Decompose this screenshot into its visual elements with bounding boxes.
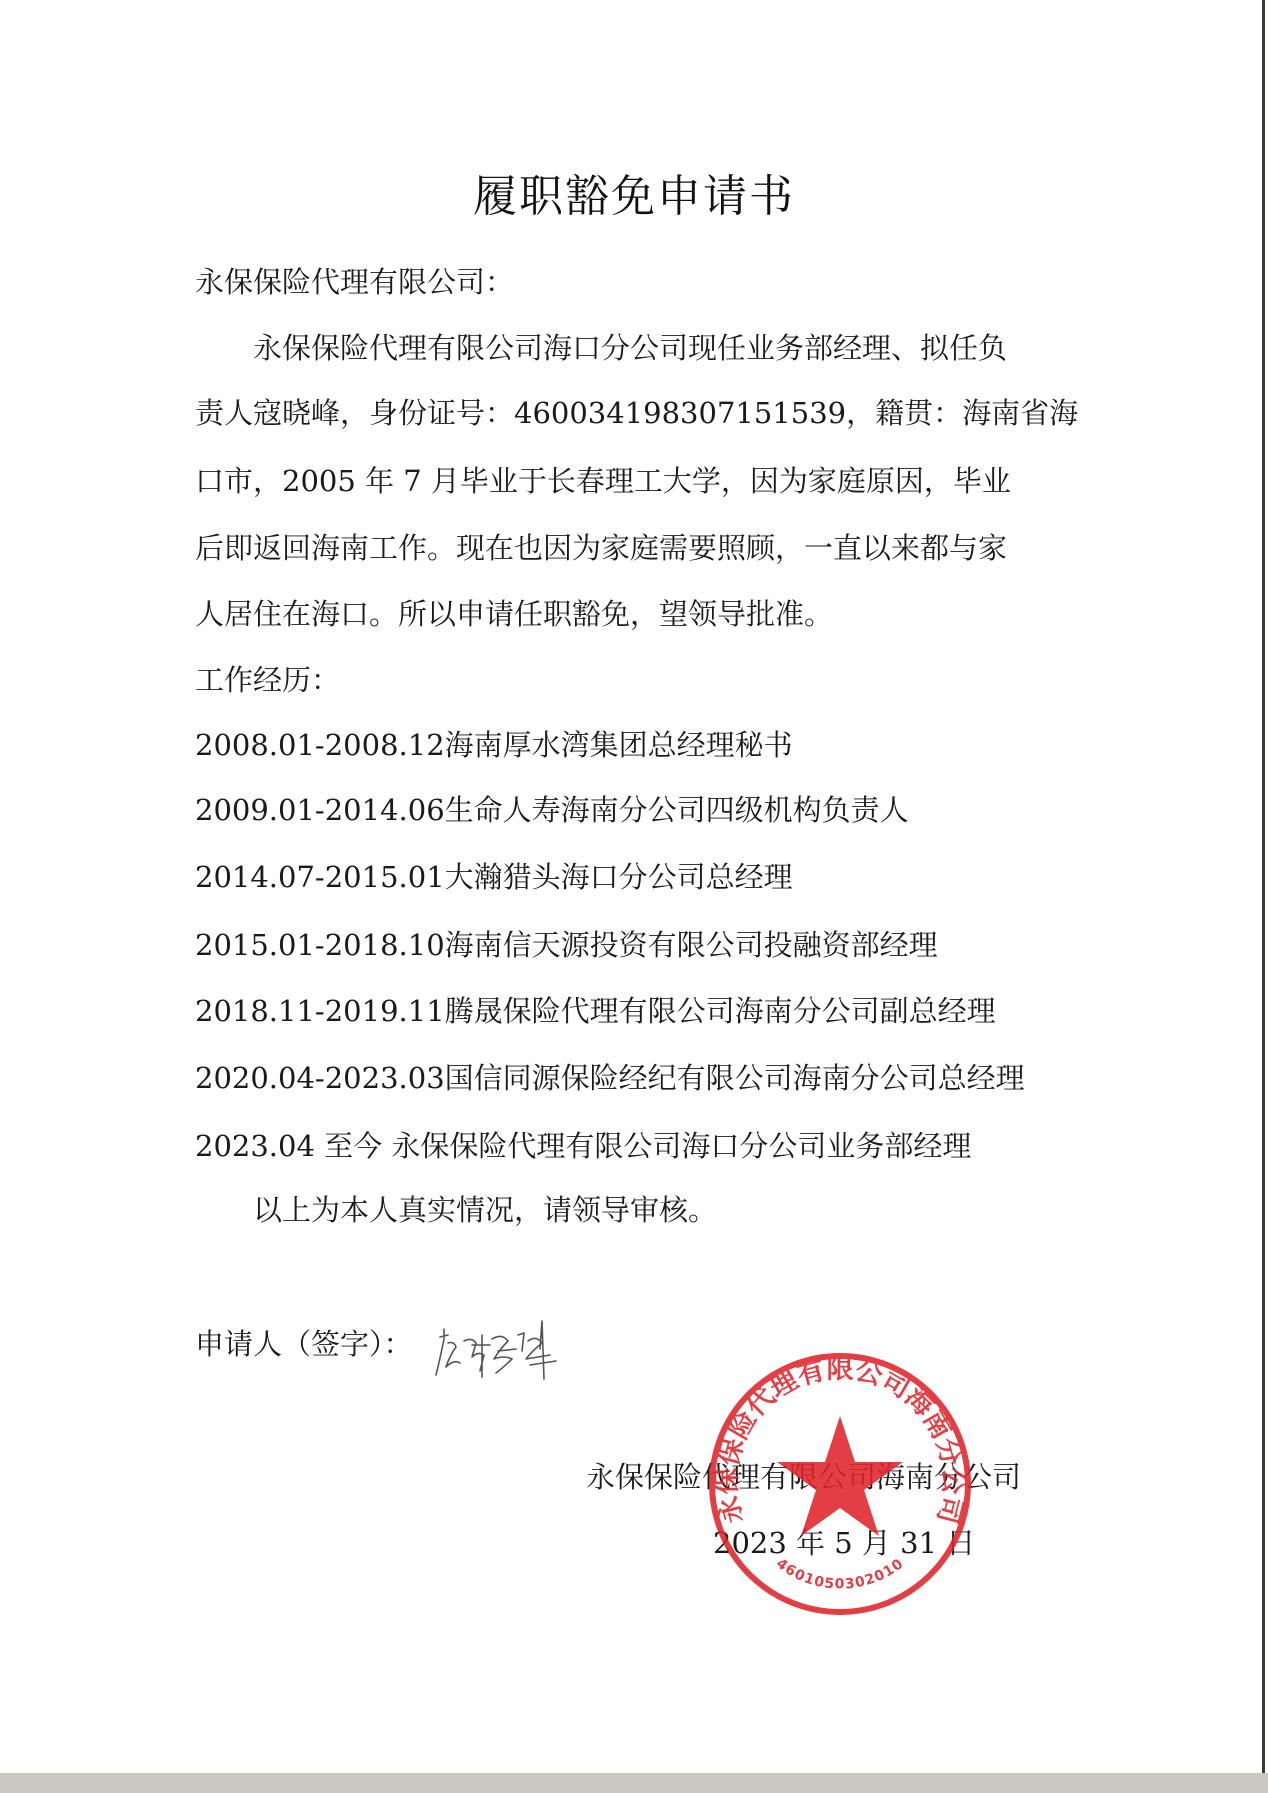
work-history-heading: 工作经历：	[195, 660, 340, 700]
work-history-row: 2009.01-2014.06生命人寿海南分公司四级机构负责人	[195, 790, 909, 830]
document-title: 履职豁免申请书	[0, 172, 1268, 222]
work-history-row: 2014.07-2015.01大瀚猎头海口分公司总经理	[195, 857, 793, 897]
work-history-row: 2023.04 至今 永保保险代理有限公司海口分公司业务部经理	[195, 1126, 971, 1166]
document-page: 履职豁免申请书 永保保险代理有限公司： 永保保险代理有限公司海口分公司现任业务部…	[0, 0, 1265, 1773]
body-line-3: 口市，2005 年 7 月毕业于长春理工大学，因为家庭原因，毕业	[195, 461, 1011, 501]
work-period: 2014.07-2015.01	[195, 860, 445, 894]
work-description: 腾晟保险代理有限公司海南分公司副总经理	[445, 994, 996, 1028]
work-description: 国信同源保险经纪有限公司海南分公司总经理	[445, 1061, 1025, 1095]
work-period: 2009.01-2014.06	[195, 793, 445, 827]
work-history-row: 2015.01-2018.10海南信天源投资有限公司投融资部经理	[195, 925, 938, 965]
scan-bottom-edge	[0, 1773, 1268, 1793]
closing-statement: 以上为本人真实情况，请领导审核。	[195, 1190, 717, 1230]
handwritten-signature	[432, 1315, 572, 1385]
salutation: 永保保险代理有限公司：	[195, 262, 514, 302]
svg-text:永保保险代理有限公司海南分公司: 永保保险代理有限公司海南分公司	[712, 1354, 968, 1527]
work-period: 2008.01-2008.12	[195, 728, 445, 762]
work-period: 2015.01-2018.10	[195, 928, 445, 962]
work-period: 2023.04 至今	[195, 1129, 391, 1163]
work-description: 生命人寿海南分公司四级机构负责人	[445, 793, 909, 827]
body-line-5: 人居住在海口。所以申请任职豁免，望领导批准。	[195, 594, 833, 634]
work-description: 海南信天源投资有限公司投融资部经理	[445, 928, 938, 962]
document-date: 2023 年 5 月 31 日	[713, 1523, 975, 1563]
work-description: 大瀚猎头海口分公司总经理	[445, 860, 793, 894]
work-period: 2020.04-2023.03	[195, 1061, 445, 1095]
work-description: 永保保险代理有限公司海口分公司业务部经理	[391, 1129, 971, 1163]
work-period: 2018.11-2019.11	[195, 994, 445, 1028]
issuer-name: 永保保险代理有限公司海南分公司	[586, 1457, 1021, 1497]
applicant-label: 申请人（签字）：	[195, 1324, 413, 1364]
body-line-1: 永保保险代理有限公司海口分公司现任业务部经理、拟任负	[195, 328, 1007, 368]
work-description: 海南厚水湾集团总经理秘书	[445, 728, 793, 762]
work-history-row: 2018.11-2019.11腾晟保险代理有限公司海南分公司副总经理	[195, 991, 996, 1031]
work-history-row: 2020.04-2023.03国信同源保险经纪有限公司海南分公司总经理	[195, 1058, 1025, 1098]
work-history-row: 2008.01-2008.12海南厚水湾集团总经理秘书	[195, 725, 793, 765]
body-line-2: 责人寇晓峰，身份证号：460034198307151539，籍贯：海南省海	[195, 393, 1078, 433]
body-line-4: 后即返回海南工作。现在也因为家庭需要照顾，一直以来都与家	[195, 528, 1007, 568]
